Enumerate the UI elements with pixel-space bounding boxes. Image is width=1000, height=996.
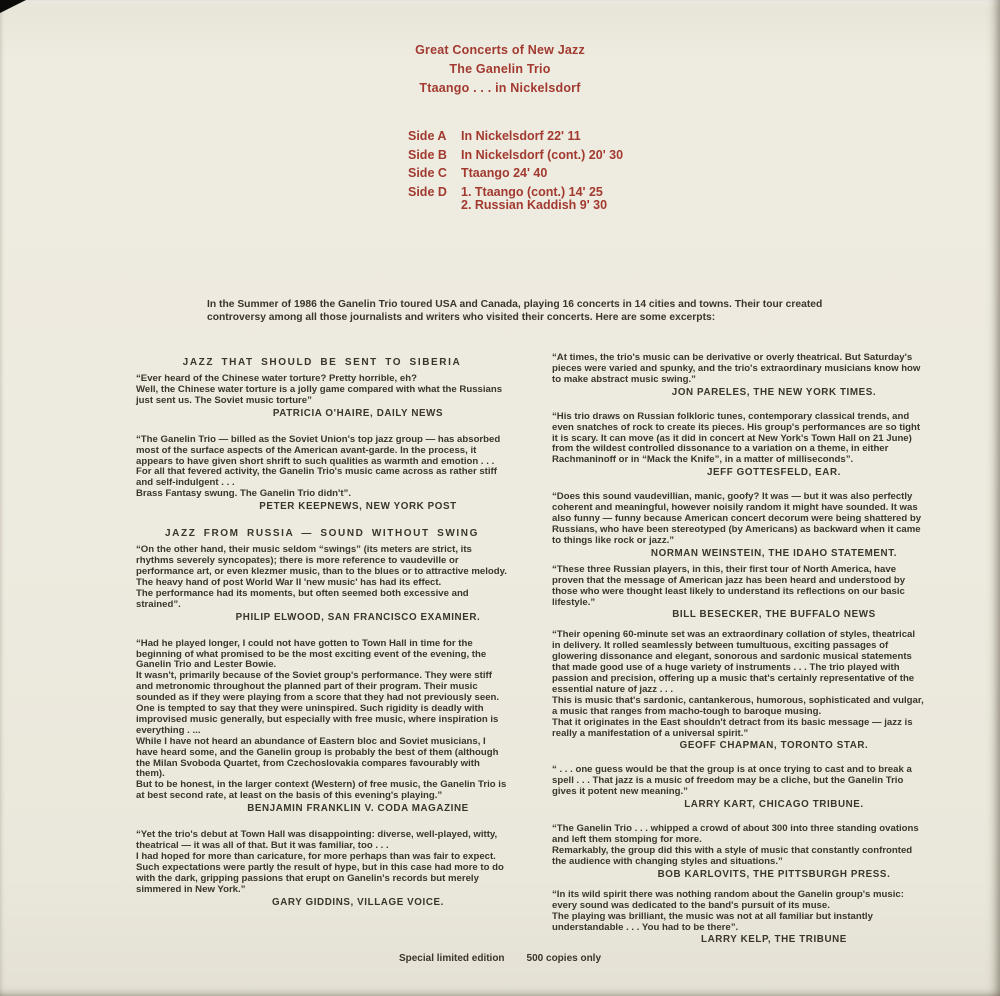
review-quote: “The Ganelin Trio . . . whipped a crowd … [552, 824, 924, 868]
review-attribution: LARRY KELP, THE TRIBUNE [624, 934, 924, 945]
right-review-column: “At times, the trio's music can be deriv… [552, 353, 924, 959]
review-attribution: LARRY KART, CHICAGO TRIBUNE. [624, 799, 924, 810]
album-title: Ttaango . . . in Nickelsdorf [0, 79, 1000, 98]
section-heading: JAZZ THAT SHOULD BE SENT TO SIBERIA [136, 357, 508, 368]
tracklist-row: Side D 1. Ttaango (cont.) 14' 25 2. Russ… [408, 186, 623, 213]
section-heading: JAZZ FROM RUSSIA — SOUND WITHOUT SWING [136, 528, 508, 539]
review-section: “Their opening 60-minute set was an extr… [552, 630, 924, 751]
review-quote: “Does this sound vaudevillian, manic, go… [552, 492, 924, 547]
left-review-column: JAZZ THAT SHOULD BE SENT TO SIBERIA “Eve… [136, 357, 508, 924]
review-section: “Had he played longer, I could not have … [136, 639, 508, 815]
review-quote: “These three Russian players, in this, t… [552, 565, 924, 609]
review-quote: “Their opening 60-minute set was an extr… [552, 630, 924, 739]
review-section: “His trio draws on Russian folkloric tun… [552, 412, 924, 479]
review-section: “The Ganelin Trio — billed as the Soviet… [136, 435, 508, 512]
review-attribution: GARY GIDDINS, VILLAGE VOICE. [208, 897, 508, 908]
title-block: Great Concerts of New Jazz The Ganelin T… [0, 41, 1000, 98]
review-section: “In its wild spirit there was nothing ra… [552, 890, 924, 946]
review-attribution: GEOFF CHAPMAN, TORONTO STAR. [624, 740, 924, 751]
review-quote: “Had he played longer, I could not have … [136, 639, 508, 803]
side-label: Side D [408, 186, 461, 213]
review-quote: “His trio draws on Russian folkloric tun… [552, 412, 924, 467]
review-quote: “Yet the trio's debut at Town Hall was d… [136, 830, 508, 895]
review-attribution: NORMAN WEINSTEIN, THE IDAHO STATEMENT. [624, 548, 924, 559]
tracklist-row: Side B In Nickelsdorf (cont.) 20' 30 [408, 149, 623, 163]
review-section: JAZZ THAT SHOULD BE SENT TO SIBERIA “Eve… [136, 357, 508, 419]
review-section: “These three Russian players, in this, t… [552, 565, 924, 621]
review-section: “Yet the trio's debut at Town Hall was d… [136, 830, 508, 907]
review-quote: “In its wild spirit there was nothing ra… [552, 890, 924, 934]
edition-note: Special limited edition500 copies only [0, 953, 1000, 964]
series-title: Great Concerts of New Jazz [0, 41, 1000, 60]
review-section: “Does this sound vaudevillian, manic, go… [552, 492, 924, 559]
side-label: Side A [408, 130, 461, 144]
artist-name: The Ganelin Trio [0, 60, 1000, 79]
review-quote: “Ever heard of the Chinese water torture… [136, 374, 508, 407]
intro-paragraph: In the Summer of 1986 the Ganelin Trio t… [207, 299, 887, 324]
tracklist: Side A In Nickelsdorf 22' 11 Side B In N… [408, 130, 623, 218]
review-section: “At times, the trio's music can be deriv… [552, 353, 924, 398]
review-quote: “ . . . one guess would be that the grou… [552, 765, 924, 798]
review-attribution: BILL BESECKER, THE BUFFALO NEWS [624, 609, 924, 620]
edition-text: Special limited edition [399, 953, 505, 964]
review-quote: “The Ganelin Trio — billed as the Soviet… [136, 435, 508, 500]
review-section: “ . . . one guess would be that the grou… [552, 765, 924, 810]
review-attribution: JEFF GOTTESFELD, EAR. [624, 467, 924, 478]
copies-text: 500 copies only [527, 953, 601, 964]
photo-corner-shadow [0, 0, 26, 13]
review-quote: “On the other hand, their music seldom “… [136, 545, 508, 610]
album-sleeve-back: Great Concerts of New Jazz The Ganelin T… [0, 0, 1000, 996]
side-label: Side C [408, 167, 461, 181]
review-attribution: BENJAMIN FRANKLIN V. CODA MAGAZINE [208, 803, 508, 814]
review-attribution: PATRICIA O'HAIRE, DAILY NEWS [208, 408, 508, 419]
review-quote: “At times, the trio's music can be deriv… [552, 353, 924, 386]
review-attribution: JON PARELES, THE NEW YORK TIMES. [624, 387, 924, 398]
track-titles: Ttaango 24' 40 [461, 167, 547, 181]
review-section: JAZZ FROM RUSSIA — SOUND WITHOUT SWING “… [136, 528, 508, 622]
tracklist-row: Side A In Nickelsdorf 22' 11 [408, 130, 623, 144]
side-label: Side B [408, 149, 461, 163]
track-titles: In Nickelsdorf 22' 11 [461, 130, 581, 144]
review-attribution: PETER KEEPNEWS, NEW YORK POST [208, 501, 508, 512]
track-titles: In Nickelsdorf (cont.) 20' 30 [461, 149, 623, 163]
track-titles: 1. Ttaango (cont.) 14' 25 2. Russian Kad… [461, 186, 607, 213]
review-attribution: BOB KARLOVITS, THE PITTSBURGH PRESS. [624, 869, 924, 880]
review-attribution: PHILIP ELWOOD, SAN FRANCISCO EXAMINER. [208, 612, 508, 623]
tracklist-row: Side C Ttaango 24' 40 [408, 167, 623, 181]
review-section: “The Ganelin Trio . . . whipped a crowd … [552, 824, 924, 880]
